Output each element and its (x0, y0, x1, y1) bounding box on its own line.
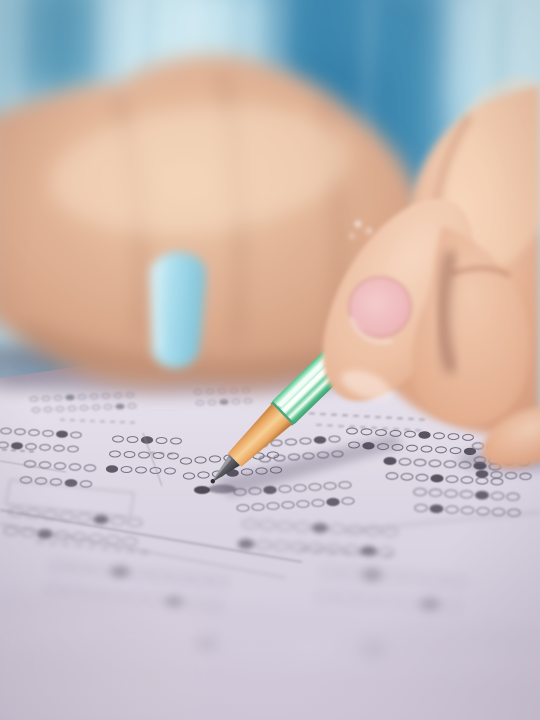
vignette (0, 0, 540, 720)
photo-exam-bubble-sheet (0, 0, 540, 720)
